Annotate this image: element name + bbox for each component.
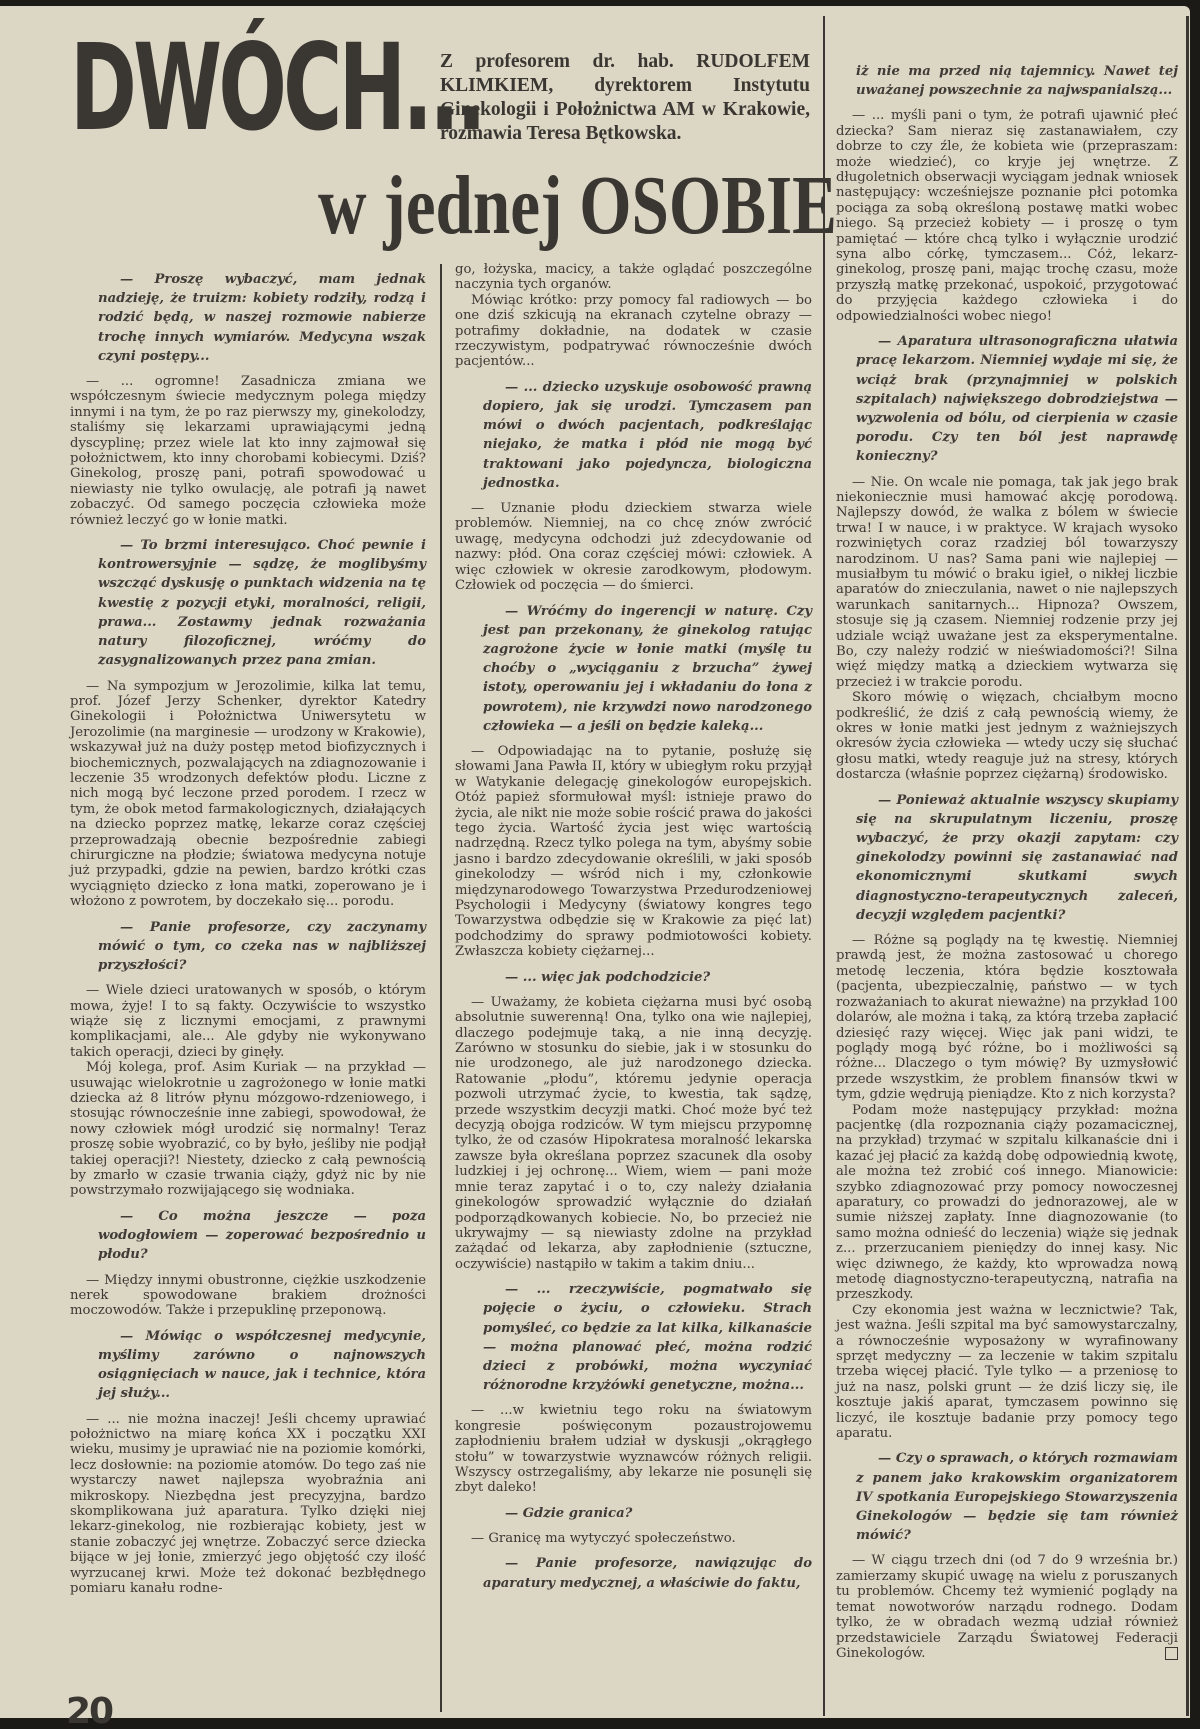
interviewer-question: — Panie profesorze, czy zaczynamy mówić …	[70, 918, 426, 976]
column-middle: go, łożyska, macicy, a także oglądać pos…	[455, 262, 812, 1601]
interviewer-question: — Aparatura ultrasonograficzna ułatwia p…	[836, 332, 1178, 466]
interviewer-question: — ... więc jak podchodzicie?	[455, 968, 812, 987]
interviewee-answer: Podam może następujący przykład: można p…	[836, 1103, 1178, 1303]
interviewer-question: iż nie ma przed nią tajemnicy. Nawet tej…	[836, 62, 1178, 100]
magazine-page: DWÓCH... Z profesorem dr. hab. RUDOLFEM …	[0, 6, 1190, 1718]
interviewee-answer: — ...w kwietniu tego roku na światowym k…	[455, 1403, 812, 1495]
column-right: iż nie ma przed nią tajemnicy. Nawet tej…	[836, 62, 1178, 1661]
interviewer-question: — Wróćmy do ingerencji w naturę. Czy jes…	[455, 602, 812, 736]
interviewer-question: — ... rzeczywiście, pogmatwało się pojęc…	[455, 1280, 812, 1395]
column-divider-right	[823, 16, 825, 1716]
column-left: — Proszę wybaczyć, mam jednak nadzieję, …	[70, 262, 426, 1596]
page-number: 20	[66, 1694, 112, 1729]
interviewee-answer: — ... ogromne! Zasadnicza zmiana we wspó…	[70, 374, 426, 528]
interviewee-answer: — Różne są poglądy na tę kwestię. Niemni…	[836, 933, 1178, 1102]
interviewee-answer: go, łożyska, macicy, a także oglądać pos…	[455, 262, 812, 293]
interviewee-answer: — ... nie można inaczej! Jeśli chcemy up…	[70, 1412, 426, 1597]
interviewee-answer: — Odpowiadając na to pytanie, posłużę si…	[455, 744, 812, 960]
interviewee-answer: Mój kolega, prof. Asim Kuriak — na przyk…	[70, 1060, 426, 1199]
interviewer-question: — Ponieważ aktualnie wszyscy skupiamy si…	[836, 791, 1178, 925]
interviewee-answer: Czy ekonomia jest ważna w lecznictwie? T…	[836, 1303, 1178, 1442]
interviewer-question: — Panie profesorze, nawiązując do aparat…	[455, 1554, 812, 1592]
interviewee-answer: — Granicę ma wytyczyć społeczeństwo.	[455, 1531, 812, 1546]
interviewer-question: — To brzmi interesująco. Choć pewnie i k…	[70, 536, 426, 670]
interviewee-answer: — Na sympozjum w Jerozolimie, kilka lat …	[70, 679, 426, 910]
headline-dwoch: DWÓCH...	[70, 28, 483, 148]
interviewer-question: — Czy o sprawach, o których rozmawiam z …	[836, 1449, 1178, 1545]
page-border	[1186, 16, 1189, 1716]
interviewee-answer: — Uważamy, że kobieta ciężarna musi być …	[455, 995, 812, 1272]
interviewer-question: — Mówiąc o współczesnej medycynie, myśli…	[70, 1327, 426, 1404]
interviewee-answer: — ... myśli pani o tym, że potrafi ujawn…	[836, 108, 1178, 324]
column-divider-left	[440, 264, 442, 1712]
interviewee-answer: — Uznanie płodu dzieckiem stwarza wiele …	[455, 501, 812, 593]
interviewee-answer: — Wiele dzieci uratowanych w sposób, o k…	[70, 983, 426, 1060]
interviewer-question: — ... dziecko uzyskuje osobowość prawną …	[455, 378, 812, 493]
end-of-article-icon	[1165, 1647, 1178, 1660]
interviewer-question: — Proszę wybaczyć, mam jednak nadzieję, …	[70, 270, 426, 366]
interviewee-answer: — W ciągu trzech dni (od 7 do 9 września…	[836, 1553, 1178, 1661]
headline-w-jednej-osobie: w jednej OSOBIE	[318, 164, 837, 248]
interviewer-question: — Gdzie granica?	[455, 1504, 812, 1523]
article-intro: Z profesorem dr. hab. RUDOLFEM KLIMKIEM,…	[440, 50, 810, 146]
interviewer-question: — Co można jeszcze — poza wodogłowiem — …	[70, 1207, 426, 1265]
interviewee-answer: Skoro mówię o więzach, chciałbym mocno p…	[836, 690, 1178, 782]
interviewee-answer: — Nie. On wcale nie pomaga, tak jak jego…	[836, 475, 1178, 691]
interviewee-answer: Mówiąc krótko: przy pomocy fal radiowych…	[455, 293, 812, 370]
interviewee-answer: — Między innymi obustronne, ciężkie uszk…	[70, 1273, 426, 1319]
